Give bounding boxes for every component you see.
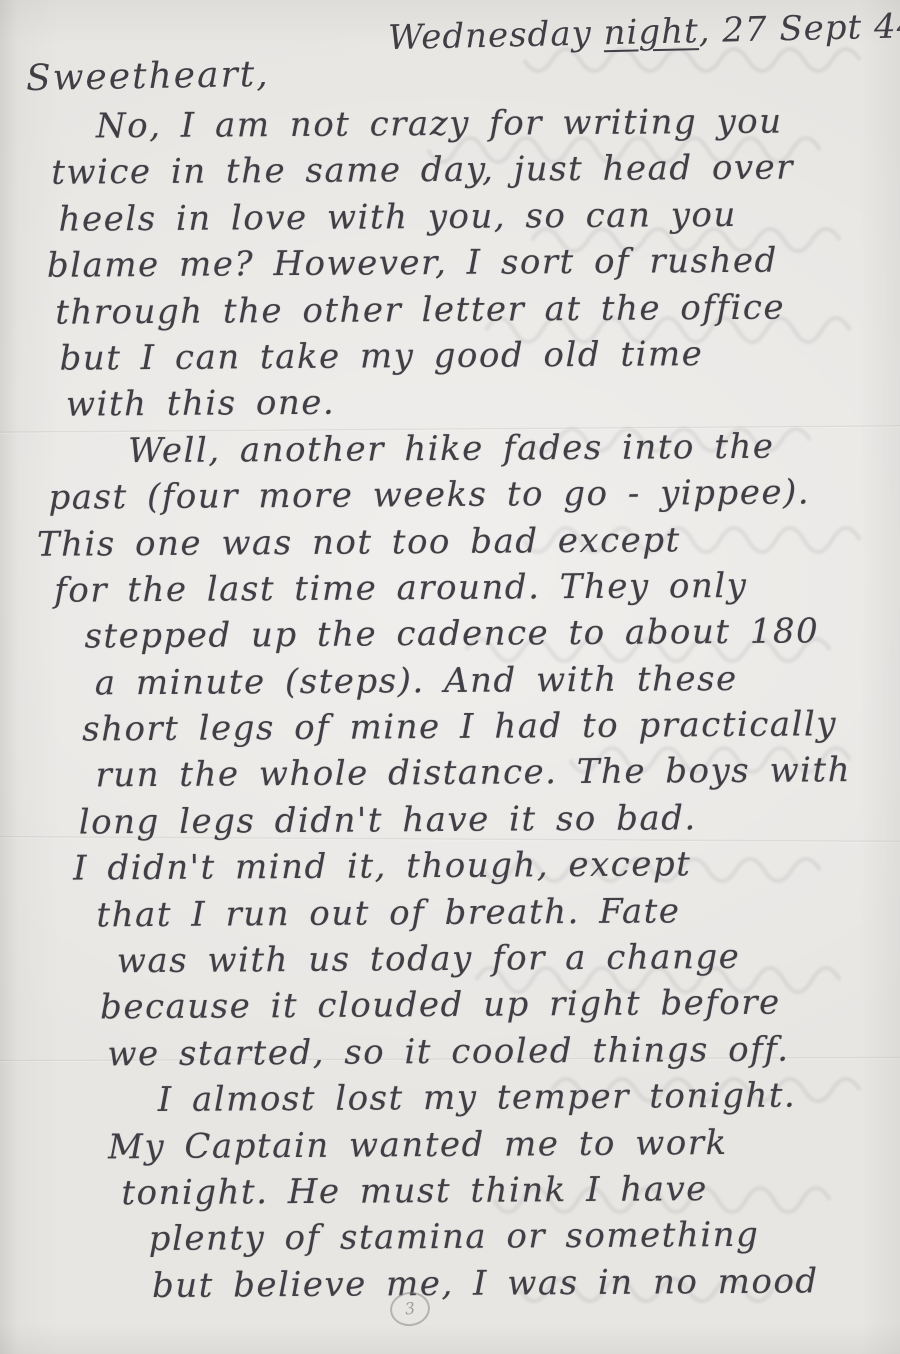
letter-line: I didn't mind it, though, except [73, 840, 881, 892]
letter-line: past (four more weeks to go - yippee). [48, 469, 878, 521]
letter-line: through the other letter at the office [55, 284, 877, 336]
scanned-letter-page: { "page": { "paper_color": "#e8e6e3", "i… [0, 0, 900, 1354]
date-suffix: , 27 Sept 44. [698, 6, 900, 51]
letter-line: with this one. [66, 376, 878, 428]
date-line: Wednesday night, 27 Sept 44. [388, 6, 900, 58]
letter-line: but I can take my good old time [59, 330, 877, 382]
letter-line: but believe me, I was in no mood [152, 1258, 884, 1309]
letter-line: long legs didn't have it so bad. [79, 794, 881, 846]
letter-line: plenty of stamina or something [149, 1211, 884, 1263]
date-prefix: Wednesday [388, 13, 604, 58]
date-underlined-word: night [603, 11, 699, 53]
letter-line: Well, another hike fades into the [128, 423, 878, 475]
letter-line: for the last time around. They only [54, 562, 879, 614]
letter-line: was with us today for a change [117, 933, 882, 985]
letter-line: because it clouded up right before [100, 979, 882, 1031]
letter-line: we started, so it cooled things off. [107, 1026, 882, 1078]
letter-line: short legs of mine I had to practically [82, 701, 880, 753]
letter-line: heels in love with you, so can you [58, 191, 876, 243]
salutation: Sweetheart, [26, 54, 270, 99]
letter-line: I almost lost my temper tonight. [158, 1072, 883, 1123]
letter-line: a minute (steps). And with these [95, 655, 880, 707]
letter-line: blame me? However, I sort of rushed [47, 237, 877, 289]
letter-line: twice in the same day, just head over [51, 144, 876, 196]
letter-line: stepped up the cadence to about 180 [84, 608, 879, 660]
letter-line: This one was not too bad except [37, 515, 879, 567]
letter-line: tonight. He must think I have [121, 1165, 883, 1217]
letter-line: My Captain wanted me to work [108, 1119, 883, 1171]
letter-line: that I run out of breath. Fate [96, 887, 881, 939]
letter-body: No, I am not crazy for writing you twice… [0, 98, 884, 1310]
letter-line: No, I am not crazy for writing you [96, 98, 876, 150]
letter-line: run the whole distance. The boys with [95, 747, 880, 799]
